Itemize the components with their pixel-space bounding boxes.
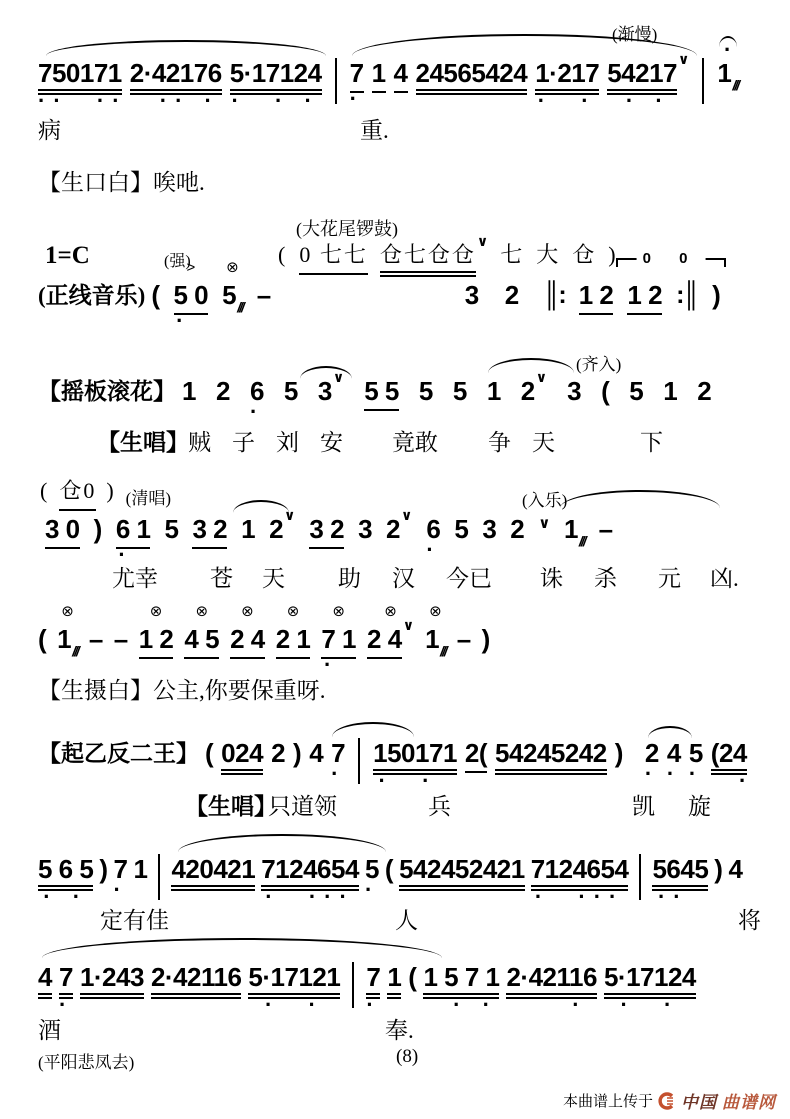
octave-dots-below: ·	[711, 776, 747, 786]
breath-mark: ∨	[477, 233, 488, 250]
note-digits: –	[257, 280, 271, 310]
note-group: 5	[419, 376, 433, 406]
note-group: 4	[728, 854, 742, 884]
lyrics-line-7: 尤幸苍天助汉今已诛杀元凶.	[0, 560, 790, 590]
note-group: 2∨	[386, 514, 412, 544]
notation-line-erwang: 【起乙反二王】 (0242)47·150171· · 2(54245242)2·…	[38, 738, 747, 784]
note-digits: 420421	[171, 854, 255, 891]
octave-dots-below: · ·	[607, 96, 689, 106]
note-digits: )	[94, 514, 102, 544]
note-group: 1	[663, 376, 677, 406]
note-digits: 2	[269, 514, 283, 544]
note-digits: 3 2	[192, 514, 227, 549]
note-digits: 542452421	[399, 854, 525, 891]
octave-dots-below: ·· ·	[130, 96, 222, 106]
lyric-syllable: 尤幸	[112, 560, 158, 593]
octave-dots-below: · ·	[248, 1000, 340, 1010]
lyric-syllable: 贼	[188, 424, 211, 457]
note-group: 2	[505, 280, 519, 310]
note-digits: 2	[271, 738, 285, 768]
lyric-syllable: 将	[738, 902, 761, 935]
note-group: 5·	[365, 854, 379, 884]
notation-line-15: 47·1·2432·421165·17121· ·7·1(1 5 7 1 · ·…	[38, 962, 696, 1008]
note-token-row: (>5 0· ⊗5///–32║:1 21 2:║)	[151, 280, 720, 315]
note-group: 3	[358, 514, 372, 544]
note-digits: 2	[510, 514, 524, 544]
lyric-syllable: 重.	[360, 112, 389, 145]
note-digits: 2	[521, 376, 535, 406]
note-group: (24 ·	[711, 738, 747, 775]
notation-line-7: 3 0)6 1· 53 212∨3 232∨6·532∨1///–	[45, 514, 613, 549]
note-digits: 2·42116	[151, 962, 241, 999]
speech-line-koubai: 【生口白】唉吔.	[38, 164, 205, 197]
note-group: ∨	[538, 514, 550, 544]
above-note-mark: ⊗	[150, 604, 163, 619]
lyric-syllable: 助	[338, 560, 361, 593]
note-group: 5 5	[364, 376, 399, 411]
barline	[158, 854, 160, 900]
note-digits: 2 4	[367, 624, 402, 659]
notation-line-1: 750171·· ··2·42176 ·· ·5·17124· · ·7·142…	[38, 58, 738, 104]
note-group: –	[114, 624, 128, 654]
note-group: ⊗1 2	[139, 624, 174, 659]
octave-dots-below: ·	[174, 316, 209, 326]
slur-arc	[648, 726, 692, 738]
note-digits: –	[457, 624, 471, 654]
note-group: ⊗2 1	[276, 624, 311, 659]
note-digits: 1 2	[579, 280, 614, 315]
note-group: 5	[629, 376, 643, 406]
barline	[639, 854, 641, 900]
note-group: 0 七七	[299, 240, 368, 275]
note-group: 7·	[331, 738, 345, 768]
lyric-syllable: 人	[395, 902, 418, 935]
note-group: )	[482, 624, 490, 654]
note-group: 7124654· ···	[531, 854, 629, 891]
note-digits: 1	[717, 58, 731, 88]
note-group: 4·	[667, 738, 681, 768]
notation-line-9: (⊗1///––⊗1 2⊗4 5⊗2 4⊗2 1⊗7 1· ⊗2 4∨⊗1///…	[38, 624, 490, 659]
lyric-syllable: 今已	[446, 560, 492, 593]
notation-line-3: (正线音乐) (>5 0· ⊗5///–32║:1 21 2:║)	[38, 280, 720, 315]
barline	[358, 738, 360, 784]
octave-dots-below: ·	[366, 1000, 380, 1010]
octave-dots-below: ·	[689, 769, 703, 779]
note-digits: 54245242	[495, 738, 607, 775]
octave-dots-below: ·	[59, 1000, 73, 1010]
note-digits: 5 5	[364, 376, 399, 411]
lyric-syllable: 天	[532, 424, 555, 457]
note-group: >5 0·	[174, 280, 209, 315]
note-digits: (	[278, 240, 287, 270]
note-group: 仓	[572, 240, 596, 270]
barline	[352, 962, 354, 1008]
note-digits: (	[151, 280, 159, 310]
octave-dots-below: · · ·	[230, 96, 322, 106]
lyric-syllable: 杀	[594, 560, 617, 593]
note-group: –	[89, 624, 103, 654]
note-digits: 1	[387, 962, 401, 999]
note-digits: 1·243	[80, 962, 144, 999]
barline	[335, 58, 337, 104]
octave-dots-below: ·	[365, 885, 379, 895]
singer-label: 【生唱】	[185, 788, 277, 821]
note-token-row: 5 6 5· ·)7·14204217124654· ···5·(5424524…	[38, 854, 742, 900]
note-group: )	[94, 514, 102, 544]
note-group: 5·17124· · ·	[230, 58, 322, 95]
page-number: (8)	[396, 1046, 418, 1068]
note-digits: 5	[454, 514, 468, 544]
octave-dots-below: · ···	[531, 892, 629, 902]
score-page: (渐慢) 750171·· ··2·42176 ·· ·5·17124· · ·…	[0, 0, 790, 1119]
lyric-syllable: 定有佳	[100, 902, 169, 935]
octave-dot-above: ·	[724, 46, 731, 54]
note-group: 750171·· ··	[38, 58, 122, 95]
octave-dots-below: · ···	[261, 892, 359, 902]
lyric-syllable: 安	[320, 424, 343, 457]
note-digits: 2	[216, 376, 230, 406]
watermark-site-name-1: 中国	[681, 1088, 717, 1113]
note-digits: )	[293, 738, 301, 768]
note-group: 420421	[171, 854, 255, 891]
note-token-row: (0242)47·150171· · 2(54245242)2·4·5·(24 …	[205, 738, 747, 784]
note-digits: )	[106, 476, 115, 506]
lyric-syllable: 苍	[210, 560, 233, 593]
lyric-syllable: 凶.	[710, 560, 739, 593]
slur-arc	[46, 40, 326, 56]
above-note-mark: ⊗	[241, 604, 254, 619]
octave-dots-below: ·	[250, 407, 264, 417]
note-digits: 1	[487, 376, 501, 406]
note-digits: 3	[358, 514, 372, 544]
note-group: (	[601, 376, 609, 406]
octave-dots-below: ·	[426, 545, 440, 555]
slur-arc	[178, 834, 386, 852]
note-group: )	[615, 738, 623, 768]
note-group: 2	[510, 514, 524, 544]
octave-dots-below: ·	[116, 550, 151, 560]
note-group: )	[99, 854, 107, 884]
octave-dots-below: · ·	[373, 776, 457, 786]
note-digits: –	[599, 514, 613, 544]
note-digits: –	[89, 624, 103, 654]
note-group: 542452421	[399, 854, 525, 891]
note-group: 大	[536, 240, 560, 270]
note-group: 7·	[366, 962, 380, 999]
note-digits: 1	[133, 854, 147, 884]
lyrics-line-15: 酒奉.	[0, 1012, 790, 1042]
singer-label: 【生唱】	[97, 424, 189, 457]
tremolo-mark: ///	[579, 533, 585, 549]
slur-arc	[560, 490, 720, 508]
note-group: 2∨	[269, 514, 295, 544]
lyric-syllable: 旋	[688, 788, 711, 821]
note-group: ⊗4 5	[184, 624, 219, 659]
above-note-mark: >	[186, 260, 195, 275]
note-group: 3	[567, 376, 581, 406]
note-group: 2	[216, 376, 230, 406]
note-digits: (	[38, 624, 46, 654]
note-digits: 3	[465, 280, 479, 310]
note-digits: 1	[182, 376, 196, 406]
note-group: 024	[221, 738, 263, 775]
note-group: ⊗5///	[222, 280, 243, 310]
note-group: 5	[453, 376, 467, 406]
note-digits: 1	[425, 624, 439, 654]
note-group: 2(	[465, 738, 487, 773]
note-digits: 2	[386, 514, 400, 544]
note-digits: 七	[500, 240, 524, 270]
above-note-mark: ⊗	[287, 604, 300, 619]
octave-dots-below: ··	[652, 892, 708, 902]
tremolo-mark: ///	[440, 643, 446, 659]
note-digits: )	[99, 854, 107, 884]
note-group: 仓0	[59, 476, 96, 511]
note-token-row: (⊗1///––⊗1 2⊗4 5⊗2 4⊗2 1⊗7 1· ⊗2 4∨⊗1///…	[38, 624, 490, 659]
breath-mark: ∨	[536, 369, 547, 386]
note-group: )	[714, 854, 722, 884]
note-token-row: (仓0)	[40, 476, 116, 511]
lyric-syllable: 兵	[428, 788, 451, 821]
tremolo-mark: ///	[72, 643, 78, 659]
note-digits: 3	[567, 376, 581, 406]
note-digits: ∨	[538, 509, 550, 539]
above-note-mark: ⊗	[384, 604, 397, 619]
breath-mark: ∨	[333, 369, 344, 386]
note-digits: 5	[222, 280, 236, 310]
barline	[702, 58, 704, 104]
note-digits: 1	[564, 514, 578, 544]
notation-line-yaoban: 【摇板滚花】 126·53∨5 55512∨3(512	[38, 376, 711, 411]
note-group: 4	[394, 58, 408, 93]
note-group: 2·42116	[151, 962, 241, 999]
note-group: ⊗1///	[57, 624, 78, 654]
note-group: (	[38, 624, 46, 654]
note-digits: ║:	[543, 280, 565, 310]
note-group: 4	[309, 738, 323, 768]
breath-mark: ∨	[403, 617, 414, 634]
note-group: 6·	[250, 376, 264, 406]
lyric-syllable: 下	[640, 424, 663, 457]
section-label-erwang: 【起乙反二王】	[38, 738, 199, 770]
lyric-syllable: 汉	[392, 560, 415, 593]
note-group: 7·	[350, 58, 364, 93]
note-group: 1	[133, 854, 147, 884]
note-group: 3 0	[45, 514, 80, 549]
notation-line-13: 5 6 5· ·)7·14204217124654· ···5·(5424524…	[38, 854, 742, 900]
note-group: 1 5 7 1 · ·	[423, 962, 499, 999]
lyric-syllable: 竟敢	[392, 424, 438, 457]
note-group: (	[408, 962, 416, 992]
note-group: 3	[482, 514, 496, 544]
percussion-name-annotation: (大花尾锣鼓)	[296, 215, 398, 241]
above-note-mark: ⊗	[429, 604, 442, 619]
lyric-syllable: 争	[488, 424, 511, 457]
note-group: 3∨	[318, 376, 344, 406]
note-group: –	[257, 280, 271, 310]
note-digits: 1	[663, 376, 677, 406]
note-token-row: (0 七七仓七仓仓∨七大仓)	[278, 240, 618, 277]
lyrics-line-11: 【生唱】只道领兵凯旋	[0, 788, 790, 818]
footer-qupai-note: (平阳悲凤去)	[38, 1048, 134, 1073]
note-digits: )	[712, 280, 720, 310]
note-group: 2	[697, 376, 711, 406]
note-digits: 024	[221, 738, 263, 775]
note-group: 2·	[645, 738, 659, 768]
note-digits: 1	[372, 58, 386, 93]
note-group: 3 2	[192, 514, 227, 549]
note-digits: )	[615, 738, 623, 768]
note-group: 1·217· ·	[535, 58, 599, 95]
note-group: 1	[241, 514, 255, 544]
note-digits: 2 1	[276, 624, 311, 659]
watermark: 本曲谱上传于 中国 曲谱网	[563, 1088, 776, 1113]
note-digits: –	[114, 624, 128, 654]
note-group: ║:	[543, 280, 565, 310]
note-digits: 5	[453, 376, 467, 406]
tremolo-mark: ///	[732, 77, 738, 93]
lyric-syllable: 天	[262, 560, 285, 593]
key-signature: 1=C	[45, 242, 90, 270]
note-digits: 0 七七	[299, 240, 368, 275]
qingchang-annotation: (清唱)	[126, 484, 171, 509]
slur-arc	[488, 358, 574, 373]
lyric-syllable: 凯	[632, 788, 655, 821]
note-digits: 4	[728, 854, 742, 884]
note-group: ⊗2 4	[230, 624, 265, 659]
note-digits: 4	[309, 738, 323, 768]
watermark-prefix: 本曲谱上传于	[563, 1090, 653, 1111]
note-digits: 3	[482, 514, 496, 544]
note-group: ·1///	[717, 58, 738, 88]
above-note-mark: ⊗	[332, 604, 345, 619]
note-digits: 2(	[465, 738, 487, 773]
note-group: 1///	[564, 514, 585, 544]
note-group: 3 2	[309, 514, 344, 549]
note-group: 2	[271, 738, 285, 768]
note-group: 5·	[689, 738, 703, 768]
note-group: )	[293, 738, 301, 768]
note-digits: 2	[697, 376, 711, 406]
note-digits: (	[601, 376, 609, 406]
octave-dots-below: · ·	[423, 1000, 499, 1010]
slur-arc	[332, 722, 414, 737]
note-group: 5	[454, 514, 468, 544]
note-group: 150171· ·	[373, 738, 457, 775]
lyrics-line-1: 病重.	[0, 112, 790, 142]
note-digits: )	[482, 624, 490, 654]
section-label-yaoban: 【摇板滚花】	[38, 376, 176, 408]
note-digits: )	[714, 854, 722, 884]
note-group: )	[712, 280, 720, 310]
note-group: 仓七仓仓∨	[380, 240, 488, 277]
site-logo-icon	[658, 1092, 676, 1110]
note-token-row: 126·53∨5 55512∨3(512	[182, 376, 711, 411]
octave-dots-below: ·	[331, 769, 345, 779]
note-digits: 大	[536, 240, 560, 270]
note-digits: 4 5	[184, 624, 219, 659]
note-group: 7·	[114, 854, 128, 884]
note-group: –	[599, 514, 613, 544]
note-digits: 2 4	[230, 624, 265, 659]
note-digits: 5	[284, 376, 298, 406]
note-group: 4	[38, 962, 52, 999]
note-digits: 1	[241, 514, 255, 544]
note-token-row: 750171·· ··2·42176 ·· ·5·17124· · ·7·142…	[38, 58, 738, 104]
note-group: 1·243	[80, 962, 144, 999]
ensemble-annotation: (齐入)	[576, 350, 621, 375]
note-group: (	[151, 280, 159, 310]
octave-dots-below: ·	[350, 94, 364, 104]
note-group: ⊗7 1·	[321, 624, 356, 659]
note-group: 1	[387, 962, 401, 999]
note-group: 54217∨· ·	[607, 58, 689, 95]
note-digits: 1 2	[627, 280, 662, 315]
repeat-rest-bracket: 0 0	[616, 258, 726, 267]
lyric-syllable: 病	[38, 112, 61, 145]
note-group: 5	[164, 514, 178, 544]
note-digits: 仓0	[59, 476, 96, 511]
note-digits: 3 0	[45, 514, 80, 549]
watermark-site-name-2: 曲谱网	[722, 1088, 776, 1113]
lyric-syllable: 酒	[38, 1012, 61, 1045]
note-token-row: 47·1·2432·421165·17121· ·7·1(1 5 7 1 · ·…	[38, 962, 696, 1008]
note-digits: 5	[419, 376, 433, 406]
note-digits: 1	[57, 624, 71, 654]
lyric-syllable: 只道领	[268, 788, 337, 821]
note-group: (	[278, 240, 287, 270]
note-group: 5	[284, 376, 298, 406]
note-token-row: 3 0)6 1· 53 212∨3 232∨6·532∨1///–	[45, 514, 613, 549]
octave-dots-below: ·	[114, 885, 128, 895]
note-group: :║	[676, 280, 698, 310]
lyrics-line-4: 【生唱】贼子刘安竟敢争天下	[0, 424, 790, 454]
note-group: 1	[182, 376, 196, 406]
slur-arc	[233, 500, 289, 513]
note-digits: 2	[505, 280, 519, 310]
section-label-zhengxian: (正线音乐)	[38, 280, 145, 312]
note-digits: (	[40, 476, 49, 506]
lyric-syllable: 刘	[276, 424, 299, 457]
note-digits: (	[385, 854, 393, 884]
note-group: 1	[487, 376, 501, 406]
octave-dots-below: · ·	[604, 1000, 696, 1010]
note-digits: (	[205, 738, 213, 768]
note-group: ⊗2 4∨	[367, 624, 414, 659]
breath-mark: ∨	[284, 507, 295, 524]
note-group: 5·17121· ·	[248, 962, 340, 999]
note-group: 1 2	[579, 280, 614, 315]
above-note-mark: ⊗	[226, 260, 239, 275]
lyric-syllable: 诛	[540, 560, 563, 593]
lyric-syllable: 奉.	[385, 1012, 414, 1045]
note-group: 24565424	[416, 58, 528, 95]
lyric-syllable: 子	[232, 424, 255, 457]
note-group: (	[205, 738, 213, 768]
note-group: 6·	[426, 514, 440, 544]
octave-dots-below: ·· ··	[38, 96, 122, 106]
breath-mark: ∨	[678, 51, 689, 68]
above-note-mark: ⊗	[195, 604, 208, 619]
note-group: 2∨	[521, 376, 547, 406]
note-digits: 仓	[572, 240, 596, 270]
note-digits: 24565424	[416, 58, 528, 95]
tremolo-mark: ///	[237, 299, 243, 315]
note-digits: :║	[676, 280, 698, 310]
above-note-mark: ⊗	[61, 604, 74, 619]
note-digits: 1 2	[139, 624, 174, 659]
note-group: 1	[372, 58, 386, 93]
